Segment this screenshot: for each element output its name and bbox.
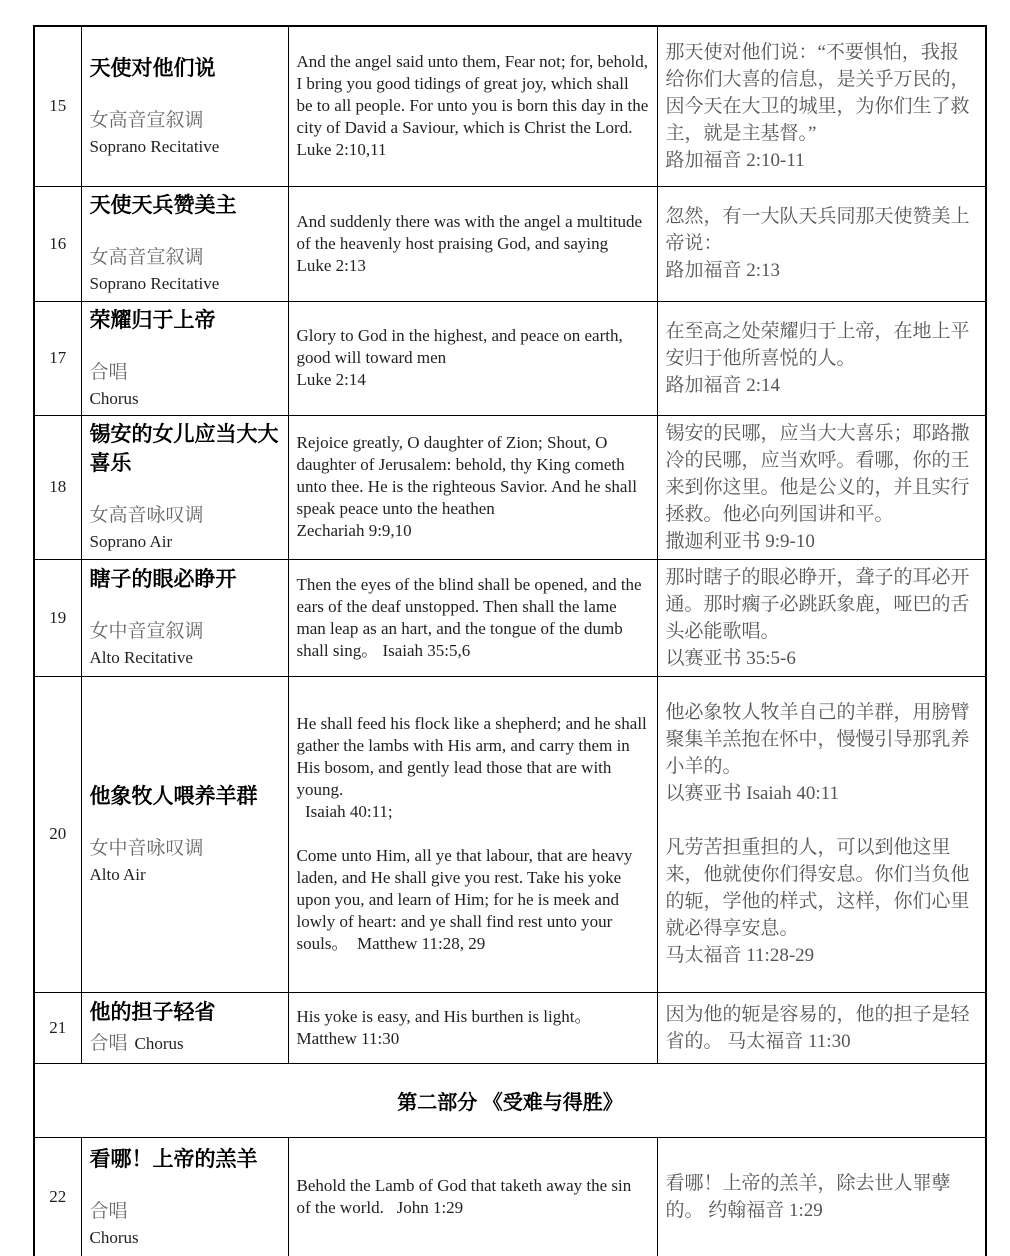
voice-type-en: Chorus [90, 1225, 280, 1250]
voice-type-zh: 女高音咏叹调 [90, 502, 280, 529]
movement-title: 他的担子轻省 [90, 998, 280, 1027]
voice-type-en: Alto Air [90, 862, 280, 887]
chinese-translation: 那时瞎子的眼必睁开，聋子的耳必开通。那时瘸子必跳跃象鹿，哑巴的舌头必能歌唱。 以… [657, 559, 986, 676]
movement-number: 21 [34, 992, 81, 1063]
chinese-translation: 在至高之处荣耀归于上帝，在地上平安归于他所喜悦的人。 路加福音 2:14 [657, 301, 986, 415]
table-row: 19 瞎子的眼必睁开 女中音宣叙调 Alto Recitative Then t… [34, 559, 986, 676]
movement-title-cell: 他的担子轻省 合唱 Chorus [81, 992, 288, 1063]
english-lyrics: Glory to God in the highest, and peace o… [288, 301, 657, 415]
chinese-translation: 看哪！上帝的羔羊，除去世人罪孽的。 约翰福音 1:29 [657, 1137, 986, 1256]
voice-type-en: Soprano Air [90, 529, 280, 554]
voice-type-zh: 合唱 [90, 359, 280, 386]
table-row: 21 他的担子轻省 合唱 Chorus His yoke is easy, an… [34, 992, 986, 1063]
voice-type: 合唱 Chorus [90, 1198, 280, 1250]
voice-type: 女中音宣叙调 Alto Recitative [90, 618, 280, 670]
document-page: 15 天使对他们说 女高音宣叙调 Soprano Recitative And … [0, 0, 1010, 1256]
voice-type-en: Alto Recitative [90, 645, 280, 670]
table-row: 20 他象牧人喂养羊群 女中音咏叹调 Alto Air He shall fee… [34, 676, 986, 992]
movement-title-cell: 瞎子的眼必睁开 女中音宣叙调 Alto Recitative [81, 559, 288, 676]
messiah-program-table: 15 天使对他们说 女高音宣叙调 Soprano Recitative And … [33, 25, 987, 1256]
voice-type-en: Chorus [135, 1031, 184, 1056]
movement-number: 19 [34, 559, 81, 676]
movement-title: 荣耀归于上帝 [90, 306, 280, 335]
movement-title: 瞎子的眼必睁开 [90, 565, 280, 594]
movement-number: 20 [34, 676, 81, 992]
movement-number: 16 [34, 186, 81, 301]
chinese-translation: 他必象牧人牧羊自己的羊群，用膀臂聚集羊羔抱在怀中，慢慢引导那乳养小羊的。 以赛亚… [657, 676, 986, 992]
movement-number: 17 [34, 301, 81, 415]
movement-title: 天使对他们说 [90, 54, 280, 83]
movement-number: 18 [34, 415, 81, 559]
movement-number: 15 [34, 26, 81, 186]
movement-title-cell: 天使天兵赞美主 女高音宣叙调 Soprano Recitative [81, 186, 288, 301]
english-lyrics: His yoke is easy, and His burthen is lig… [288, 992, 657, 1063]
voice-type: 女高音咏叹调 Soprano Air [90, 502, 280, 554]
voice-type-en: Soprano Recitative [90, 271, 280, 296]
movement-title: 锡安的女儿应当大大喜乐 [90, 420, 280, 478]
chinese-translation: 那天使对他们说：“不要惧怕，我报给你们大喜的信息，是关乎万民的，因今天在大卫的城… [657, 26, 986, 186]
english-lyrics: Behold the Lamb of God that taketh away … [288, 1137, 657, 1256]
movement-title-cell: 荣耀归于上帝 合唱 Chorus [81, 301, 288, 415]
voice-type-zh: 女高音宣叙调 [90, 244, 280, 271]
table-row: 15 天使对他们说 女高音宣叙调 Soprano Recitative And … [34, 26, 986, 186]
movement-title-cell: 看哪！上帝的羔羊 合唱 Chorus [81, 1137, 288, 1256]
voice-type-en: Chorus [90, 386, 280, 411]
english-lyrics: Rejoice greatly, O daughter of Zion; Sho… [288, 415, 657, 559]
voice-type: 女高音宣叙调 Soprano Recitative [90, 107, 280, 159]
voice-type-zh: 女中音咏叹调 [90, 835, 280, 862]
english-lyrics: Then the eyes of the blind shall be open… [288, 559, 657, 676]
chinese-translation: 锡安的民哪，应当大大喜乐；耶路撒冷的民哪，应当欢呼。看哪，你的王来到你这里。他是… [657, 415, 986, 559]
english-lyrics: And the angel said unto them, Fear not; … [288, 26, 657, 186]
section-header-row: 第二部分 《受难与得胜》 [34, 1063, 986, 1137]
movement-title: 天使天兵赞美主 [90, 191, 280, 220]
movement-title: 看哪！上帝的羔羊 [90, 1145, 280, 1174]
table-row: 17 荣耀归于上帝 合唱 Chorus Glory to God in the … [34, 301, 986, 415]
movement-title-cell: 天使对他们说 女高音宣叙调 Soprano Recitative [81, 26, 288, 186]
movement-number: 22 [34, 1137, 81, 1256]
voice-type: 合唱 Chorus [90, 1030, 280, 1057]
english-lyrics: And suddenly there was with the angel a … [288, 186, 657, 301]
section-header: 第二部分 《受难与得胜》 [34, 1063, 986, 1137]
voice-type: 合唱 Chorus [90, 359, 280, 411]
table-row: 16 天使天兵赞美主 女高音宣叙调 Soprano Recitative And… [34, 186, 986, 301]
voice-type-zh: 合唱 [90, 1030, 128, 1057]
chinese-translation: 忽然，有一大队天兵同那天使赞美上帝说： 路加福音 2:13 [657, 186, 986, 301]
voice-type: 女高音宣叙调 Soprano Recitative [90, 244, 280, 296]
table-row: 18 锡安的女儿应当大大喜乐 女高音咏叹调 Soprano Air Rejoic… [34, 415, 986, 559]
movement-title: 他象牧人喂养羊群 [90, 782, 280, 811]
table-row: 22 看哪！上帝的羔羊 合唱 Chorus Behold the Lamb of… [34, 1137, 986, 1256]
voice-type: 女中音咏叹调 Alto Air [90, 835, 280, 887]
voice-type-zh: 女中音宣叙调 [90, 618, 280, 645]
movement-title-cell: 锡安的女儿应当大大喜乐 女高音咏叹调 Soprano Air [81, 415, 288, 559]
english-lyrics: He shall feed his flock like a shepherd;… [288, 676, 657, 992]
chinese-translation: 因为他的轭是容易的，他的担子是轻省的。 马太福音 11:30 [657, 992, 986, 1063]
voice-type-zh: 女高音宣叙调 [90, 107, 280, 134]
movement-title-cell: 他象牧人喂养羊群 女中音咏叹调 Alto Air [81, 676, 288, 992]
voice-type-zh: 合唱 [90, 1198, 280, 1225]
voice-type-en: Soprano Recitative [90, 134, 280, 159]
